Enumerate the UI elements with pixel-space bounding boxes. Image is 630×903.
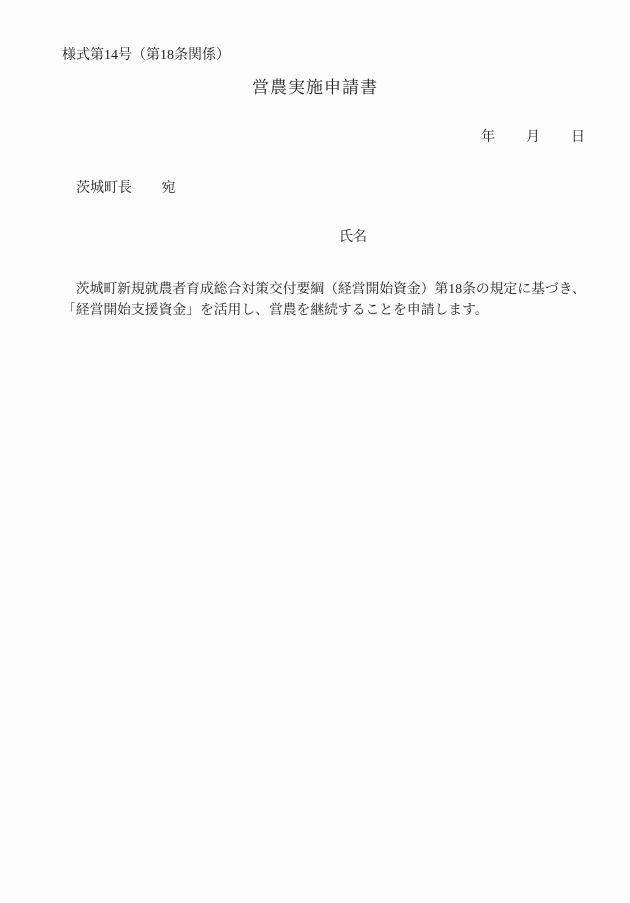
form-number: 様式第14号（第18条関係） bbox=[62, 48, 230, 63]
addressee-name: 茨城町長 bbox=[76, 181, 132, 196]
application-form-page: 様式第14号（第18条関係） 営農実施申請書 年 月 日 茨城町長 宛 氏名 茨… bbox=[0, 0, 630, 903]
page-title: 営農実施申請書 bbox=[0, 79, 630, 98]
addressee-line: 茨城町長 宛 bbox=[76, 181, 176, 196]
body-line-1: 茨城町新規就農者育成総合対策交付要綱（経営開始資金）第18条の規定に基づき、 bbox=[62, 278, 586, 299]
date-month-label: 月 bbox=[526, 130, 540, 145]
body-paragraph: 茨城町新規就農者育成総合対策交付要綱（経営開始資金）第18条の規定に基づき、 「… bbox=[62, 278, 586, 320]
name-label: 氏名 bbox=[339, 230, 367, 245]
date-year-label: 年 bbox=[481, 130, 495, 145]
date-day-label: 日 bbox=[571, 130, 585, 145]
body-line-2: 「経営開始支援資金」を活用し、営農を継続することを申請します。 bbox=[62, 299, 586, 320]
addressee-suffix: 宛 bbox=[162, 181, 176, 196]
date-line: 年 月 日 bbox=[481, 130, 585, 145]
